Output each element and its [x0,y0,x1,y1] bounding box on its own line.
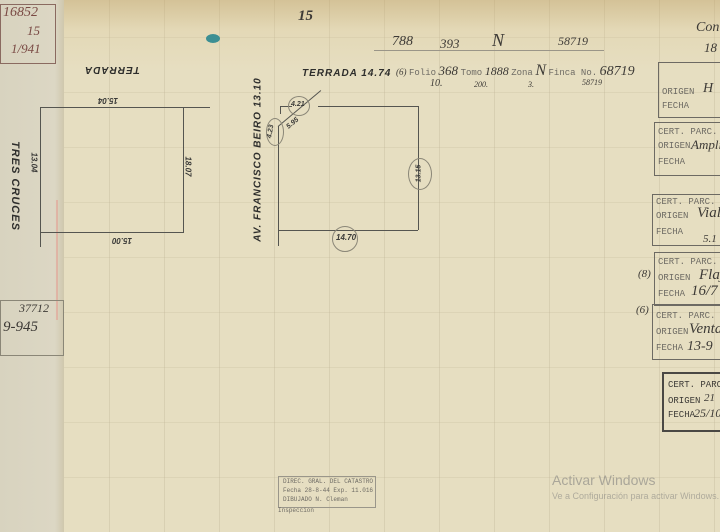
left-margin-strip [0,0,64,532]
catastro-stamp-line4: Inspeccion [278,507,314,514]
terrada-label-left: TERRADA [84,64,140,75]
right-lot-bottom-dim: 14.70 [336,233,356,242]
catastro-stamp: DIREC. GRAL. DEL CATASTRO Fecha 28-8-44 … [278,476,376,508]
page-number: 15 [298,8,313,25]
right-lot-top [318,106,418,107]
stamp-label-origen: ORIGEN [658,141,690,151]
stamp-mark-6: (6) [636,304,649,316]
stamp-label-origen: ORIGEN [656,211,688,221]
catastro-stamp-line1: DIREC. GRAL. DEL CATASTRO [283,478,373,485]
stamp-value-origen: Vialb [697,205,720,222]
stamp-label-cert: CERT. PARC. [668,380,720,390]
left-lot-bottom-dim: 15.00 [112,236,132,245]
stamp-label-fecha: FECHA [656,343,683,353]
stamp-label-fecha: FECHA [656,227,683,237]
activate-windows-subtitle: Ve a Configuración para activar Windows. [552,491,719,501]
stamp-cert-2: CERT. PARC. ORIGEN Ampliac FECHA [654,122,720,176]
tomo-value: 1888 [485,64,509,78]
stamp-value-origen: Ampliac [691,137,720,153]
stamp-value-origen: Venta [689,321,720,338]
header-number-c: N [492,30,504,51]
stamp-cert-3: CERT. PARC. ORIGEN Vialb FECHA 5.1 [652,194,720,246]
margin-note-box: 37712 9-945 [0,300,64,356]
stamp-label-fecha: FECHA [662,101,689,111]
stamp-top-note: Con [696,20,719,36]
right-lot-notch-b [280,106,281,114]
folio-sub-b: 200. [474,80,488,89]
stamp-value-origen: 21 [704,392,715,404]
folio-value: 368 [439,63,459,78]
stamp-value-origen: H [703,81,713,97]
registry-date: 1/941 [11,41,41,57]
folio-sub-a: 10. [430,78,443,89]
terrada-label-right: TERRADA 14.74 [302,68,391,79]
finca-value: 68719 [600,64,635,79]
stamp-label-origen: ORIGEN [662,87,694,97]
stamp-label-fecha: FECHA [658,157,685,167]
catastro-stamp-line2: Fecha 28-8-44 Exp. 11.016 [283,487,373,494]
left-lot-bottom [40,232,184,233]
stamp-mark-8: (8) [638,268,651,280]
stamp-label-origen: ORIGEN [668,396,700,406]
header-number-d: 58719 [558,34,588,49]
chamfer-dim-a: 4.21 [291,101,305,108]
street-francisco-beiro: AV. FRANCISCO BEIRO 13.10 [253,77,264,241]
left-lot-top-dim: 15.04 [98,96,118,105]
stamp-label-origen: ORIGEN [656,327,688,337]
stamp-label-fecha: FECHA [668,410,695,420]
top-left-registry-box: 16852 15 1/941 [0,4,56,64]
stamp-value-fecha: 13-9 [687,339,713,355]
registry-line2: 15 [27,23,40,39]
activate-windows-title: Activar Windows [552,472,655,488]
finca-label: Finca No. [549,68,598,78]
stamp-label-cert: CERT. PARC. [658,127,717,137]
header-underline [374,50,604,51]
registry-number: 16852 [3,5,38,21]
margin-note-line2: 9-945 [3,319,38,336]
stamp-top-note2: 18 [704,40,717,56]
left-lot-left-dim: 13.04 [30,152,39,172]
stamp-cert-4: CERT. PARC. ORIGEN Flaj FECHA 16/7 [654,252,720,306]
catastro-stamp-line3: DIBUJADO N. Cleman [283,496,348,503]
stamp-value-fecha: 25/10/ [694,406,720,421]
stamp-label-cert: CERT. PARC. [656,311,715,321]
folio-sub-d: 58719 [582,78,602,87]
stamp-label-fecha: FECHA [658,289,685,299]
left-lot-top [40,107,210,108]
tomo-label: Tomo [461,68,483,78]
folio-mark: (6) [396,67,407,77]
stamp-cert-5: CERT. PARC. ORIGEN Venta FECHA 13-9 [652,304,720,360]
stamp-label-cert: CERT. PARC. [658,257,717,267]
ink-blot [206,34,220,43]
stamp-value-fecha: 16/7 [691,283,718,300]
folio-label: Folio [409,68,436,78]
header-number-a: 788 [392,34,413,50]
left-lot-right-dim: 18.07 [184,156,193,176]
stamp-cert-6: CERT. PARC. ORIGEN 21 FECHA 25/10/ [662,372,720,432]
zona-value: N [535,62,546,79]
stamp-value-origen: Flaj [699,267,720,284]
stamp-value-fecha: 5.1 [703,233,717,245]
stamp-label-origen: ORIGEN [658,273,690,283]
margin-note-line1: 37712 [19,301,49,316]
street-tres-cruces: TRES CRUCES [9,141,21,231]
zona-label: Zona [511,68,533,78]
folio-sub-c: 3. [528,80,534,89]
left-lot-left [40,107,41,247]
stamp-origen-1: ORIGEN H FECHA [658,62,720,118]
right-lot-right-dim: 13.15 [415,165,422,183]
